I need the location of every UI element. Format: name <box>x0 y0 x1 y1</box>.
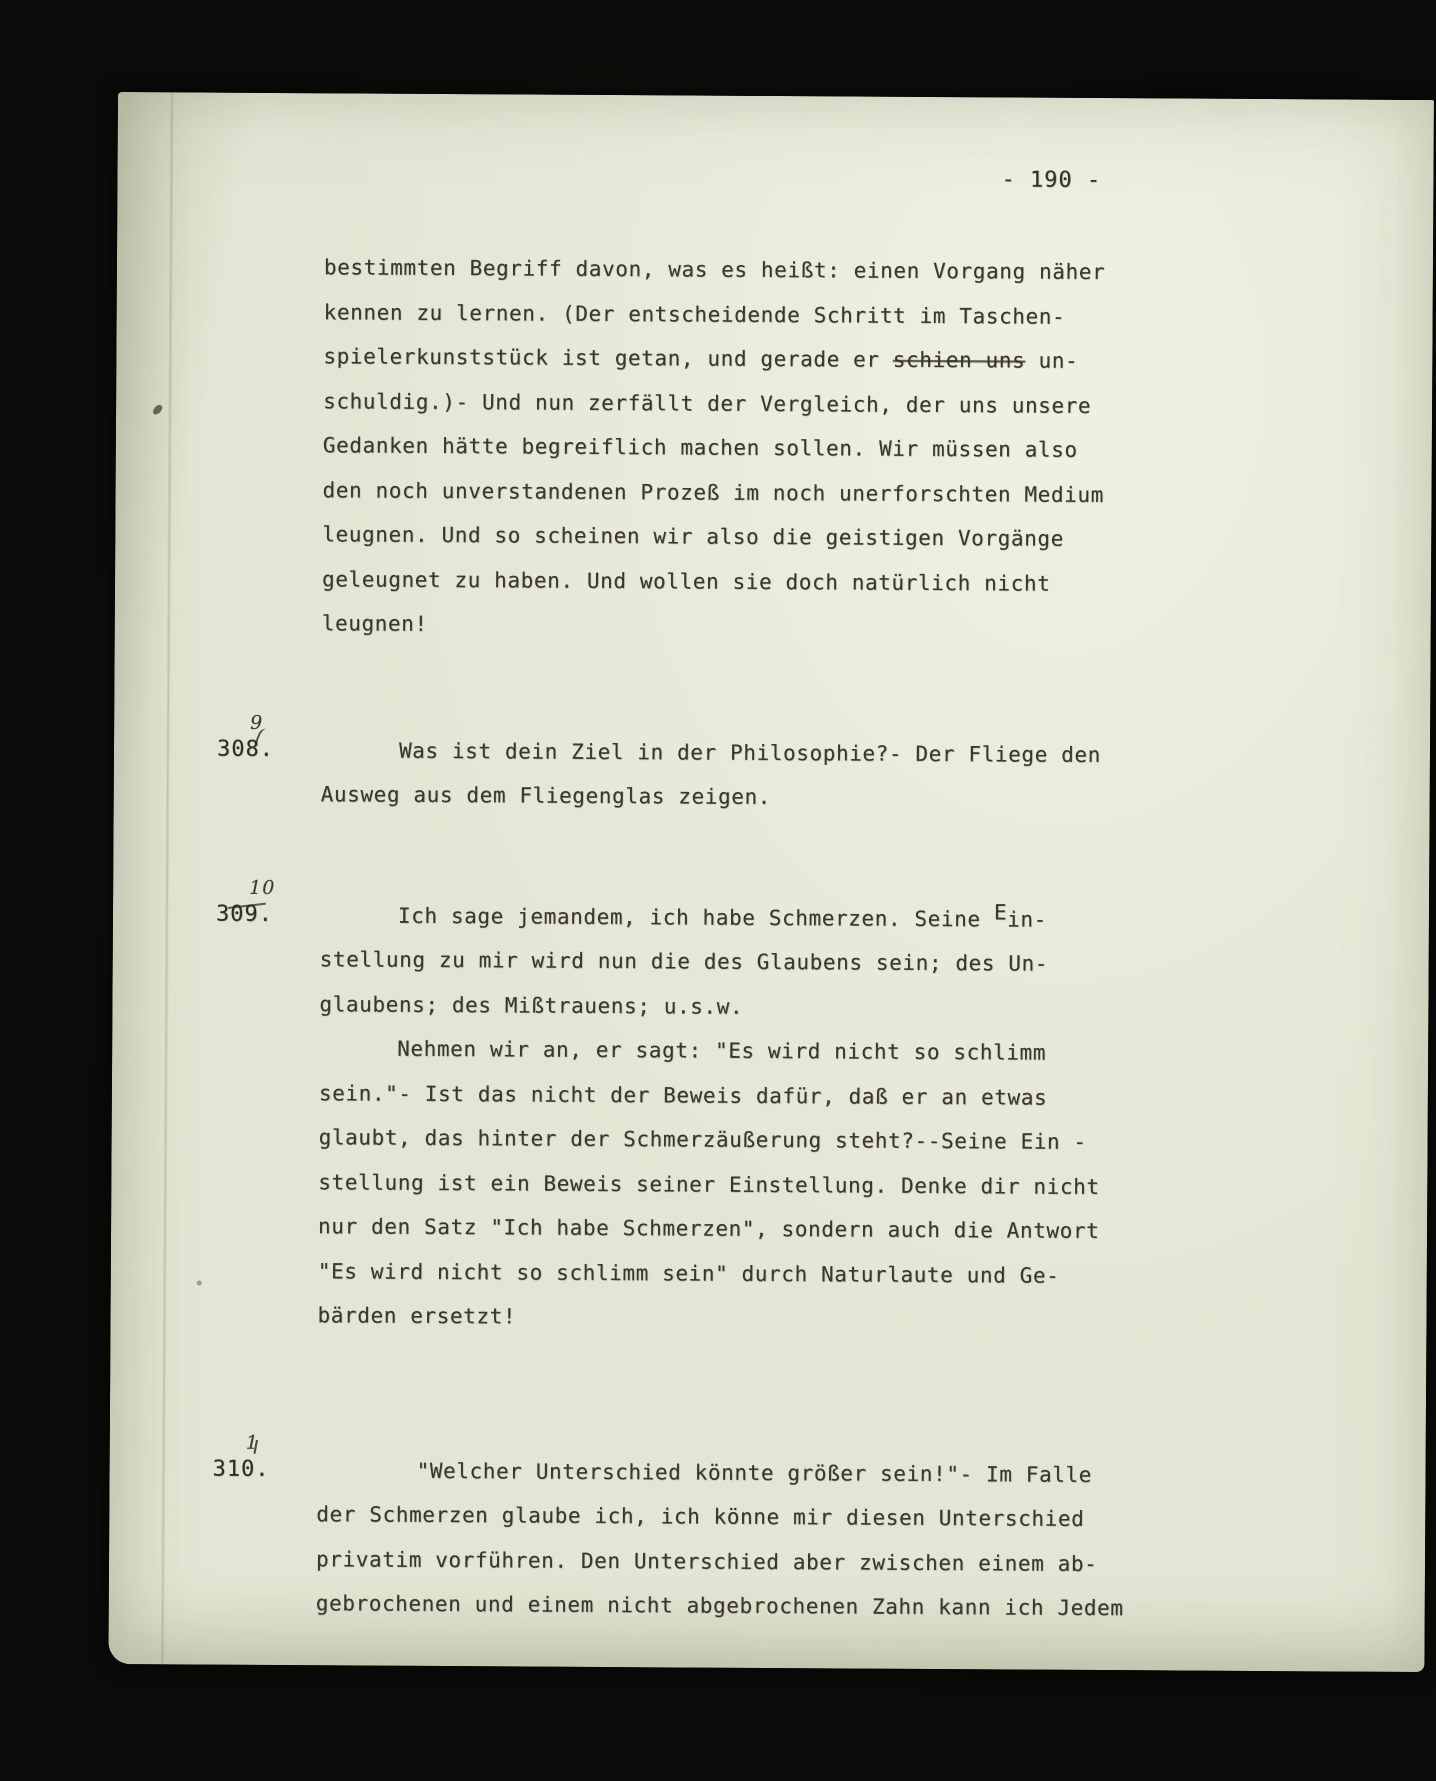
remark-section-308: 308.9Was ist dein Ziel in der Philosophi… <box>321 728 1152 822</box>
text-segment: Gedanken hätte begreiflich machen sollen… <box>323 433 1078 462</box>
text-line: glaubens; des Mißtrauens; u.s.w. <box>319 982 1149 1032</box>
text-segment: privatim vorführen. Den Unterschied aber… <box>316 1547 1097 1576</box>
text-segment: glaubens; des Mißtrauens; u.s.w. <box>319 992 743 1019</box>
handwritten-annotation: 9 <box>250 700 263 745</box>
text-line: nur den Satz "Ich habe Schmerzen", sonde… <box>318 1204 1148 1254</box>
text-line: leugnen! <box>322 601 1152 651</box>
text-segment: glaubt, das hinter der Schmerzäußerung s… <box>319 1125 1087 1154</box>
text-line: kennen zu lernen. (Der entscheidende Sch… <box>324 290 1154 340</box>
text-segment: bestimmten Begriff davon, was es heißt: … <box>324 255 1105 284</box>
scanned-typescript-page: { "page": { "page_number": "- 190 -", "p… <box>0 0 1436 1781</box>
text-segment: E <box>994 900 1007 924</box>
handwritten-annotation: 10 <box>249 865 275 910</box>
text-segment: gebrochenen und einem nicht abgebrochene… <box>316 1591 1124 1620</box>
page-number: - 190 - <box>1001 167 1101 193</box>
struck-text: schien uns <box>893 348 1026 373</box>
text-segment: geleugnet zu haben. Und wollen sie doch … <box>322 567 1051 595</box>
text-segment: spielerkunststück ist getan, und gerade … <box>323 344 893 371</box>
paper-fold-line <box>160 92 174 1664</box>
text-segment: in- <box>1007 907 1047 931</box>
handwritten-annotation: 1 <box>246 1420 259 1465</box>
text-line: stellung zu mir wird nun die des Glauben… <box>320 937 1150 987</box>
text-segment: kennen zu lernen. (Der entscheidende Sch… <box>324 300 1066 329</box>
text-segment: schuldig.)- Und nun zerfällt der Verglei… <box>323 389 1091 418</box>
text-line: gebrochenen und einem nicht abgebrochene… <box>316 1581 1146 1631</box>
text-line: bestimmten Begriff davon, was es heißt: … <box>324 245 1154 295</box>
text-line: "Es wird nicht so schlimm sein" durch Na… <box>318 1249 1148 1299</box>
text-segment: un- <box>1025 349 1078 373</box>
section-number: 310.1 <box>212 1447 269 1492</box>
text-segment: Nehmen wir an, er sagt: "Es wird nicht s… <box>397 1037 1046 1065</box>
text-line: stellung ist ein Beweis seiner Einstellu… <box>318 1160 1148 1210</box>
text-line: leugnen. Und so scheinen wir also die ge… <box>322 512 1152 562</box>
text-line: Ausweg aus dem Fliegenglas zeigen. <box>321 772 1151 822</box>
remark-section-310: 310.1"Welcher Unterschied könnte größer … <box>316 1448 1147 1631</box>
text-line: schuldig.)- Und nun zerfällt der Verglei… <box>323 379 1153 429</box>
text-line: bärden ersetzt! <box>317 1293 1147 1343</box>
text-segment: stellung zu mir wird nun die des Glauben… <box>320 947 1049 975</box>
section-number: 308.9 <box>217 727 274 772</box>
paper-speck <box>197 1281 202 1286</box>
text-line: glaubt, das hinter der Schmerzäußerung s… <box>318 1115 1148 1165</box>
text-line: Ich sage jemandem, ich habe Schmerzen. S… <box>320 893 1150 943</box>
text-segment: Ausweg aus dem Fliegenglas zeigen. <box>321 782 771 809</box>
text-segment: Ich sage jemandem, ich habe Schmerzen. S… <box>398 903 994 931</box>
text-line: Nehmen wir an, er sagt: "Es wird nicht s… <box>319 1026 1149 1076</box>
text-segment: bärden ersetzt! <box>317 1303 516 1328</box>
text-line: Gedanken hätte begreiflich machen sollen… <box>323 423 1153 473</box>
text-line: sein."- Ist das nicht der Beweis dafür, … <box>319 1071 1149 1121</box>
text-segment: der Schmerzen glaube ich, ich könne mir … <box>316 1502 1084 1531</box>
text-segment: den noch unverstandenen Prozeß im noch u… <box>323 478 1104 507</box>
paper-speck <box>151 403 163 416</box>
text-body: bestimmten Begriff davon, was es heißt: … <box>316 245 1154 1631</box>
text-segment: "Es wird nicht so schlimm sein" durch Na… <box>318 1259 1060 1288</box>
text-segment: leugnen! <box>322 611 428 636</box>
text-line: spielerkunststück ist getan, und gerade … <box>323 334 1153 384</box>
text-segment: stellung ist ein Beweis seiner Einstellu… <box>318 1170 1099 1199</box>
text-segment: sein."- Ist das nicht der Beweis dafür, … <box>319 1081 1048 1109</box>
text-segment: leugnen. Und so scheinen wir also die ge… <box>322 522 1064 551</box>
paper-sheet: - 190 - bestimmten Begriff davon, was es… <box>108 92 1434 1672</box>
paragraph-continuation: bestimmten Begriff davon, was es heißt: … <box>322 245 1154 651</box>
text-line: privatim vorführen. Den Unterschied aber… <box>316 1537 1146 1587</box>
text-segment: nur den Satz "Ich habe Schmerzen", sonde… <box>318 1214 1099 1243</box>
text-segment: "Welcher Unterschied könnte größer sein!… <box>417 1458 1093 1486</box>
text-line: Was ist dein Ziel in der Philosophie?- D… <box>321 728 1151 778</box>
text-line: "Welcher Unterschied könnte größer sein!… <box>316 1448 1146 1498</box>
text-line: den noch unverstandenen Prozeß im noch u… <box>322 468 1152 518</box>
section-number: 309.10 <box>216 892 273 937</box>
text-line: geleugnet zu haben. Und wollen sie doch … <box>322 557 1152 607</box>
text-segment: Was ist dein Ziel in der Philosophie?- D… <box>399 738 1101 766</box>
remark-section-309: 309.10Ich sage jemandem, ich habe Schmer… <box>317 893 1150 1343</box>
text-line: der Schmerzen glaube ich, ich könne mir … <box>316 1492 1146 1542</box>
